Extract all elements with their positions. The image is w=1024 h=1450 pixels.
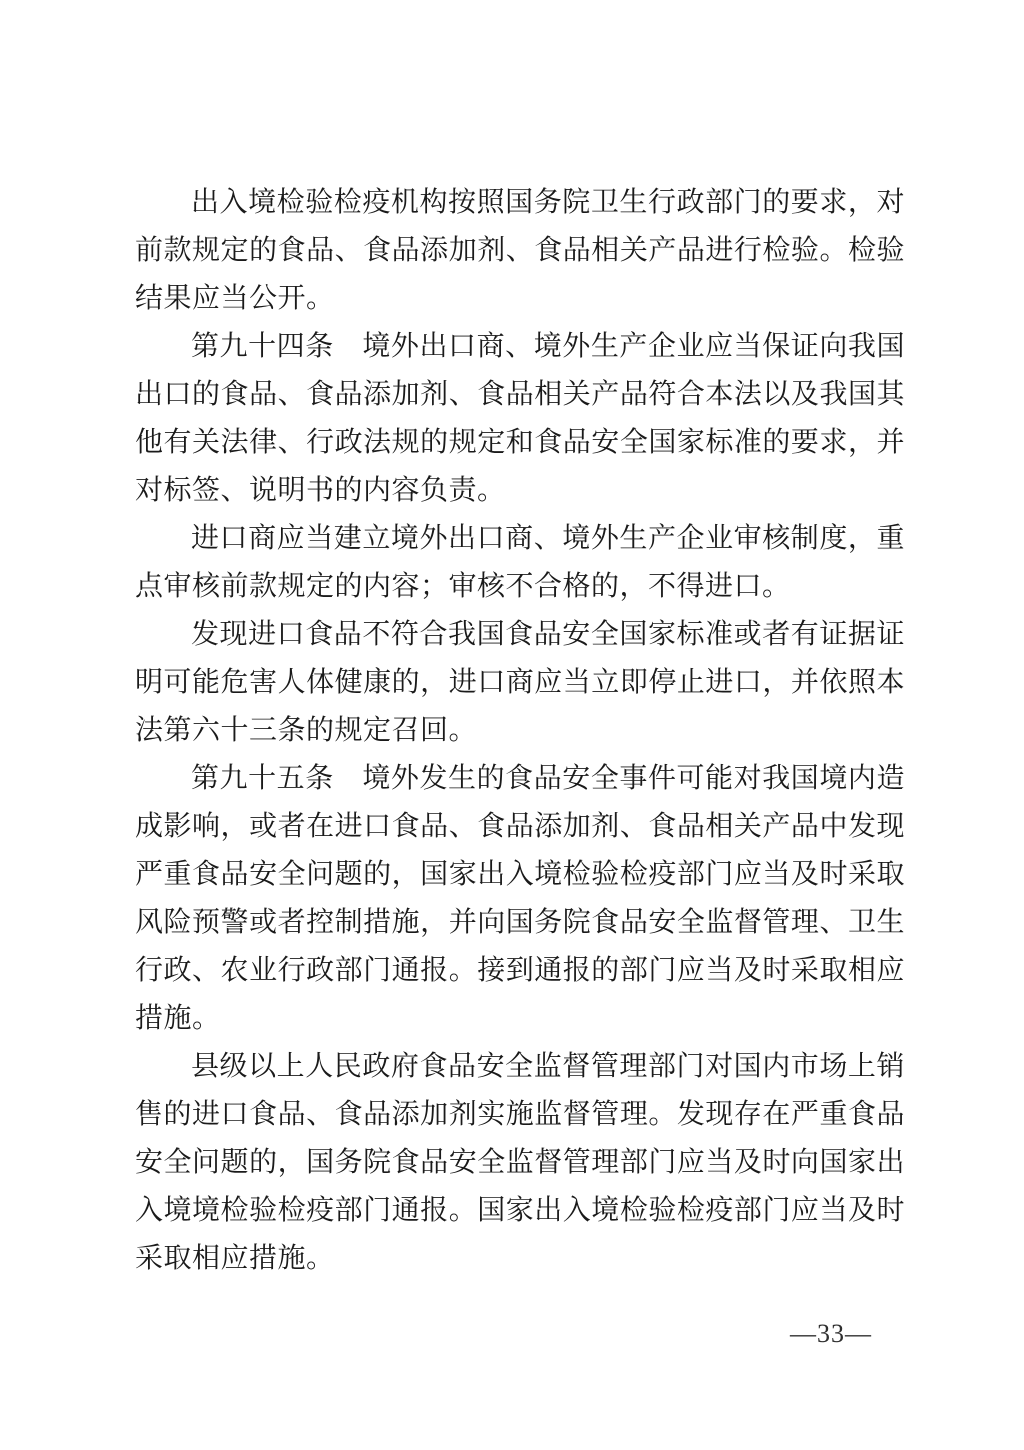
paragraph-5: 第九十五条 境外发生的食品安全事件可能对我国境内造成影响，或者在进口食品、食品添… bbox=[135, 754, 905, 1042]
page-number: —33— bbox=[790, 1318, 872, 1350]
document-page: 出入境检验检疫机构按照国务院卫生行政部门的要求，对前款规定的食品、食品添加剂、食… bbox=[0, 0, 1024, 1450]
article-number: 第九十四条 bbox=[191, 330, 334, 361]
paragraph-4: 发现进口食品不符合我国食品安全国家标准或者有证据证明可能危害人体健康的，进口商应… bbox=[135, 610, 905, 754]
paragraph-2: 第九十四条 境外出口商、境外生产企业应当保证向我国出口的食品、食品添加剂、食品相… bbox=[135, 322, 905, 514]
paragraph-6: 县级以上人民政府食品安全监督管理部门对国内市场上销售的进口食品、食品添加剂实施监… bbox=[135, 1042, 905, 1282]
article-number: 第九十五条 bbox=[191, 762, 334, 793]
body-text: 出入境检验检疫机构按照国务院卫生行政部门的要求，对前款规定的食品、食品添加剂、食… bbox=[135, 178, 905, 1282]
paragraph-3: 进口商应当建立境外出口商、境外生产企业审核制度，重点审核前款规定的内容；审核不合… bbox=[135, 514, 905, 610]
paragraph-1: 出入境检验检疫机构按照国务院卫生行政部门的要求，对前款规定的食品、食品添加剂、食… bbox=[135, 178, 905, 322]
